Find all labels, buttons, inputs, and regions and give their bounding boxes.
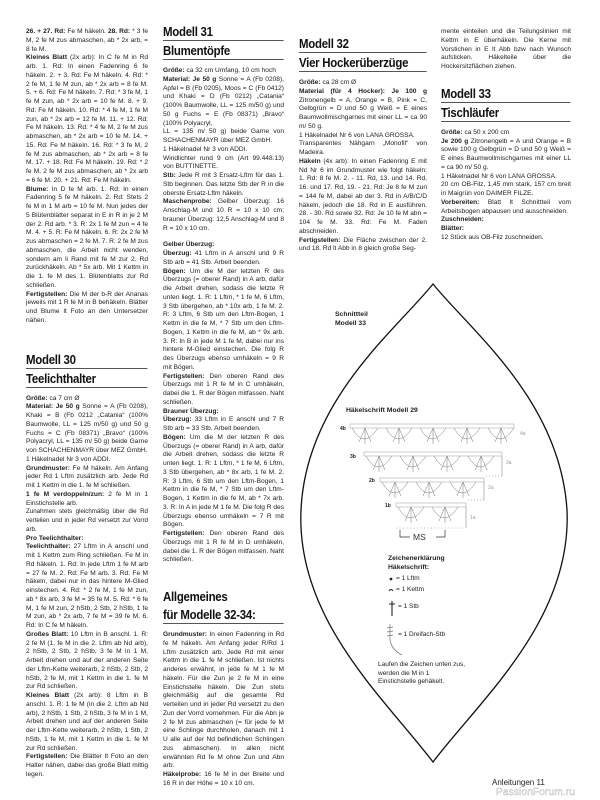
legend-item-dreifach-stb: = 1 Dreifach-Stb <box>398 631 445 640</box>
row-label-1b: 1b <box>385 502 391 511</box>
row-label-4a: 4a <box>520 430 526 439</box>
row-label-4b: 4b <box>340 425 346 434</box>
legend-item-lftm: = 1 Lftm <box>396 575 420 584</box>
legend-item-kettm: = 1 Kettm <box>396 586 424 595</box>
page-footer: Anleitungen 11 <box>492 778 545 787</box>
leaf-pattern-outline <box>0 0 600 800</box>
legend-item-stb: = 1 Stb <box>398 603 419 612</box>
chart-title: Häkelschrift Modell 29 <box>346 407 418 416</box>
row-label-3a: 3a <box>506 459 512 468</box>
row-label-1a: 1a <box>470 514 476 523</box>
row-label-2b: 2b <box>369 477 375 486</box>
row-label-3b: 3b <box>350 453 356 462</box>
watermark: PassionForum.ru <box>496 787 575 798</box>
triple-crochet-symbol <box>387 624 402 655</box>
chain-stitch-symbol <box>390 578 392 580</box>
row-label-2a: 2a <box>488 484 494 493</box>
legend-title: Zeichenerklärung Häkelschrift: <box>388 555 445 572</box>
slip-stitch-symbol <box>389 590 393 592</box>
double-crochet-symbol <box>389 601 395 616</box>
schnittteil-label: Schnittteil Modell 33 <box>335 311 368 328</box>
legend-note: Laufen die Zeichen unten zus, werden die… <box>378 661 468 687</box>
ms-label: MS <box>413 533 426 542</box>
